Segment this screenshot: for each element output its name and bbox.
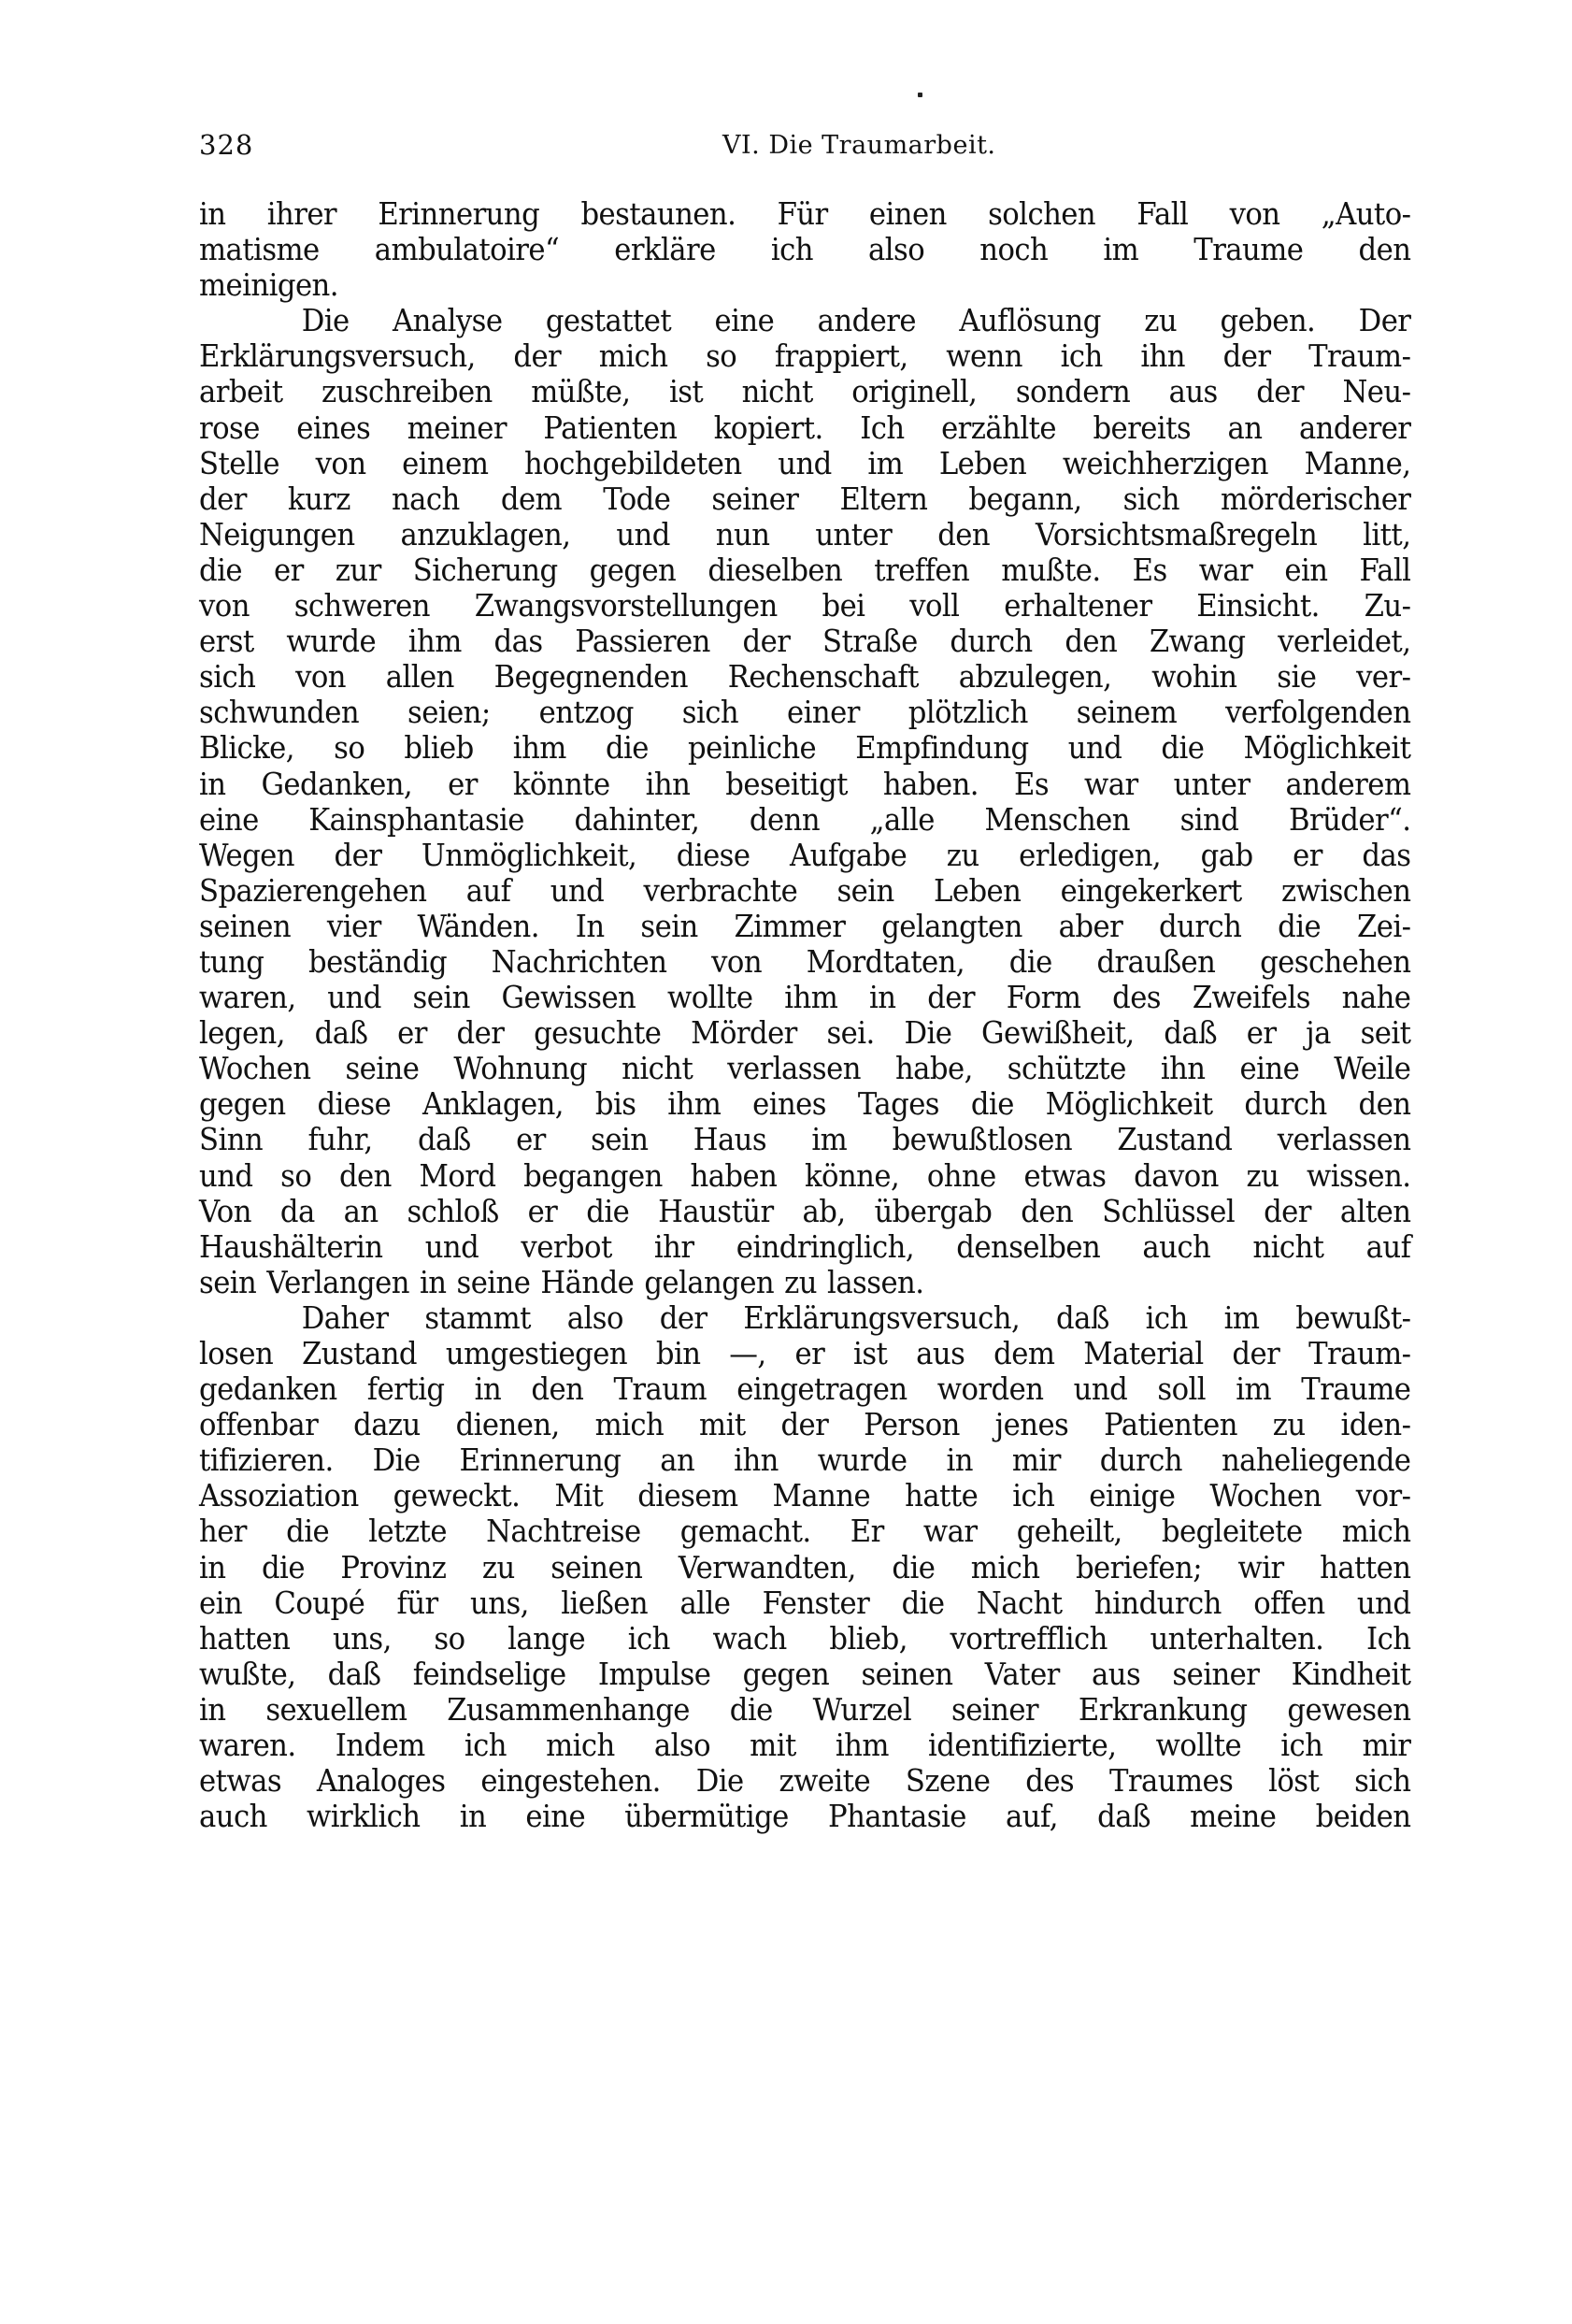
text-line: Assoziation geweckt. Mit diesem Manne ha… — [199, 1478, 1410, 1513]
text-line: gedanken fertig in den Traum eingetragen… — [199, 1371, 1410, 1407]
text-line: und so den Mord begangen haben könne, oh… — [199, 1158, 1410, 1194]
text-line: Stelle von einem hochgebildeten und im L… — [199, 446, 1410, 481]
page-number: 328 — [199, 129, 253, 161]
text-line: wußte, daß feindselige Impulse gegen sei… — [199, 1657, 1410, 1692]
running-head: VI. Die Traumarbeit. — [722, 131, 996, 160]
text-line: Die Analyse gestattet eine andere Auflös… — [199, 303, 1410, 338]
text-line: waren. Indem ich mich also mit ihm ident… — [199, 1728, 1410, 1763]
paragraph: Die Analyse gestattet eine andere Auflös… — [199, 303, 1411, 1300]
text-line: seinen vier Wänden. In sein Zimmer gelan… — [199, 909, 1410, 944]
text-line: auch wirklich in eine übermütige Phantas… — [199, 1799, 1410, 1834]
text-line: etwas Analoges eingestehen. Die zweite S… — [199, 1763, 1410, 1799]
text-line: Haushälterin und verbot ihr eindringlich… — [199, 1229, 1410, 1265]
paragraph: in ihrer Erinnerung bestaunen. Für einen… — [199, 196, 1411, 303]
paragraph: Daher stammt also der Erklärungsversuch,… — [199, 1300, 1411, 1834]
text-line: Wegen der Unmöglichkeit, diese Aufgabe z… — [199, 838, 1410, 873]
text-line: in Gedanken, er könnte ihn beseitigt hab… — [199, 767, 1410, 802]
text-line: rose eines meiner Patienten kopiert. Ich… — [199, 410, 1410, 446]
text-line: tifizieren. Die Erinnerung an ihn wurde … — [199, 1442, 1410, 1478]
text-line: die er zur Sicherung gegen dieselben tre… — [199, 552, 1410, 588]
text-line: sich von allen Begegnenden Rechenschaft … — [199, 659, 1410, 695]
text-line: Erklärungsversuch, der mich so frappiert… — [199, 338, 1410, 374]
text-line: legen, daß er der gesuchte Mörder sei. D… — [199, 1015, 1410, 1051]
text-line: von schweren Zwangsvorstellungen bei vol… — [199, 588, 1410, 624]
book-page: 328 VI. Die Traumarbeit. in ihrer Erinne… — [0, 0, 1572, 2324]
text-line: hatten uns, so lange ich wach blieb, vor… — [199, 1621, 1410, 1657]
text-line: tung beständig Nachrichten von Mordtaten… — [199, 944, 1410, 980]
text-line: erst wurde ihm das Passieren der Straße … — [199, 624, 1410, 659]
text-line: Blicke, so blieb ihm die peinliche Empfi… — [199, 730, 1410, 766]
text-line: der kurz nach dem Tode seiner Eltern beg… — [199, 481, 1410, 517]
text-line: matisme ambulatoire“ erkläre ich also no… — [199, 232, 1410, 267]
text-line: in ihrer Erinnerung bestaunen. Für einen… — [199, 196, 1410, 232]
text-line: meinigen. — [199, 267, 1410, 303]
text-line: Sinn fuhr, daß er sein Haus im bewußtlos… — [199, 1122, 1410, 1157]
text-line: eine Kainsphantasie dahinter, denn „alle… — [199, 802, 1410, 838]
text-line: losen Zustand umgestiegen bin —, er ist … — [199, 1336, 1410, 1371]
text-line: ein Coupé für uns, ließen alle Fenster d… — [199, 1585, 1410, 1621]
text-line: waren, und sein Gewissen wollte ihm in d… — [199, 980, 1410, 1015]
text-line: offenbar dazu dienen, mich mit der Perso… — [199, 1407, 1410, 1442]
text-line: schwunden seien; entzog sich einer plötz… — [199, 695, 1410, 730]
text-line: sein Verlangen in seine Hände gelangen z… — [199, 1265, 1410, 1300]
text-line: gegen diese Anklagen, bis ihm eines Tage… — [199, 1086, 1410, 1122]
text-line: arbeit zuschreiben müßte, ist nicht orig… — [199, 374, 1410, 409]
scan-speck — [918, 93, 922, 97]
body-text: in ihrer Erinnerung bestaunen. Für einen… — [199, 196, 1411, 1834]
text-line: her die letzte Nachtreise gemacht. Er wa… — [199, 1513, 1410, 1549]
text-line: in sexuellem Zusammenhange die Wurzel se… — [199, 1692, 1410, 1728]
text-line: Neigungen anzuklagen, und nun unter den … — [199, 517, 1410, 552]
page-header: 328 VI. Die Traumarbeit. — [199, 129, 1411, 166]
text-line: Von da an schloß er die Haustür ab, über… — [199, 1194, 1410, 1229]
text-line: Spazierengehen auf und verbrachte sein L… — [199, 873, 1410, 909]
text-line: Daher stammt also der Erklärungsversuch,… — [199, 1300, 1410, 1336]
text-line: in die Provinz zu seinen Verwandten, die… — [199, 1550, 1410, 1585]
text-line: Wochen seine Wohnung nicht verlassen hab… — [199, 1051, 1410, 1086]
